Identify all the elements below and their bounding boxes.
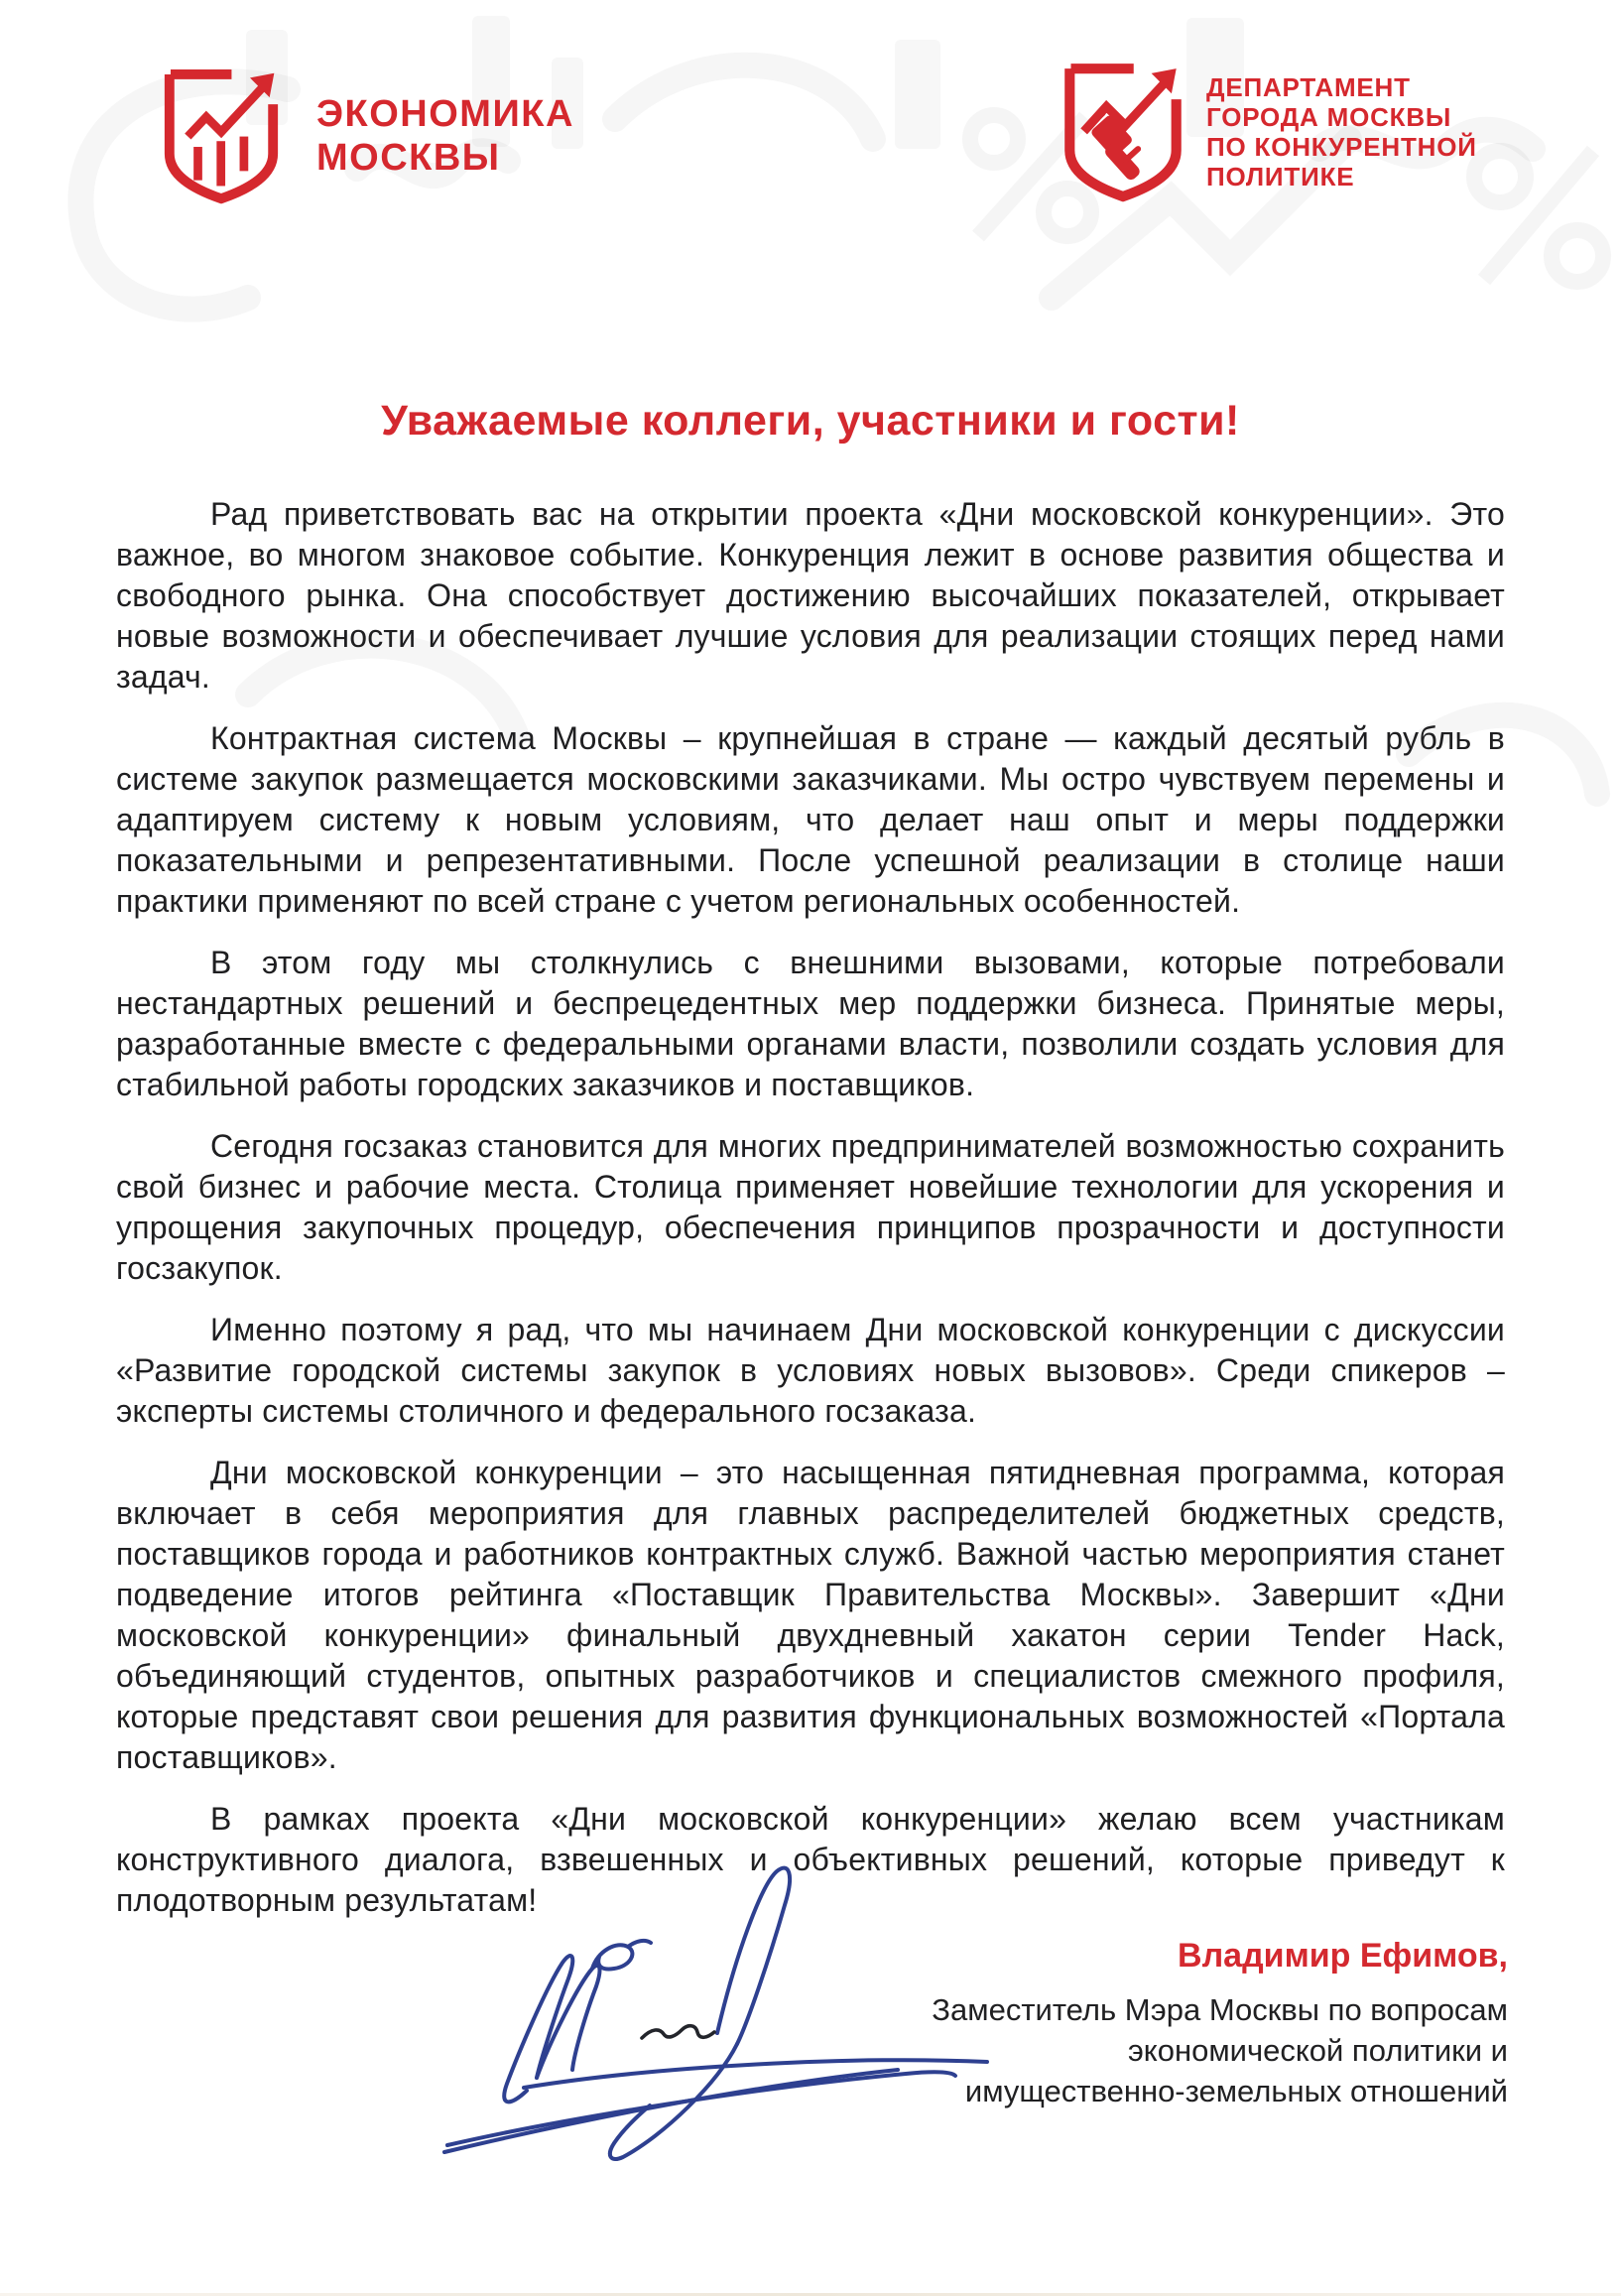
letter-paragraph: Рад приветствовать вас на открытии проек… [116, 494, 1505, 698]
logo-wordmark-line: ЭКОНОМИКА [316, 92, 574, 136]
logo-wordmark-line: ГОРОДА МОСКВЫ [1206, 102, 1477, 132]
signoff-role-line: имущественно-земельных отношений [754, 2071, 1508, 2111]
logo-competition-department-wordmark: ДЕПАРТАМЕНТ ГОРОДА МОСКВЫ ПО КОНКУРЕНТНО… [1206, 72, 1477, 191]
letter-paragraph: В этом году мы столкнулись с внешними вы… [116, 943, 1505, 1105]
logo-economy-moscow-wordmark: ЭКОНОМИКА МОСКВЫ [316, 92, 574, 180]
logo-competition-department: ДЕПАРТАМЕНТ ГОРОДА МОСКВЫ ПО КОНКУРЕНТНО… [1061, 62, 1477, 202]
letter-page: ЭКОНОМИКА МОСКВЫ [0, 0, 1621, 2296]
signoff-role-line: Заместитель Мэра Москвы по вопросам [754, 1989, 1508, 2030]
header: ЭКОНОМИКА МОСКВЫ [0, 0, 1621, 318]
letter-paragraph: Сегодня госзаказ становится для многих п… [116, 1126, 1505, 1289]
logo-economy-moscow: ЭКОНОМИКА МОСКВЫ [164, 67, 574, 204]
logo-wordmark-line: ДЕПАРТАМЕНТ [1206, 72, 1477, 102]
logo-wordmark-line: ПО КОНКУРЕНТНОЙ [1206, 132, 1477, 162]
logo-wordmark-line: МОСКВЫ [316, 136, 574, 180]
signoff-name: Владимир Ефимов, [754, 1937, 1508, 1976]
signoff-role-line: экономической политики и [754, 2030, 1508, 2071]
letter-body: Рад приветствовать вас на открытии проек… [116, 494, 1505, 1942]
signoff-block: Владимир Ефимов, Заместитель Мэра Москвы… [754, 1937, 1508, 2111]
economy-moscow-shield-chart-icon [164, 67, 279, 204]
letter-title: Уважаемые коллеги, участники и гости! [0, 397, 1621, 446]
letter-paragraph: Контрактная система Москвы – крупнейшая … [116, 718, 1505, 922]
letter-paragraph: Именно поэтому я рад, что мы начинаем Дн… [116, 1310, 1505, 1432]
competition-department-shield-gavel-icon [1061, 62, 1185, 202]
letter-paragraph: Дни московской конкуренции – это насыщен… [116, 1453, 1505, 1778]
logo-wordmark-line: ПОЛИТИКЕ [1206, 162, 1477, 191]
